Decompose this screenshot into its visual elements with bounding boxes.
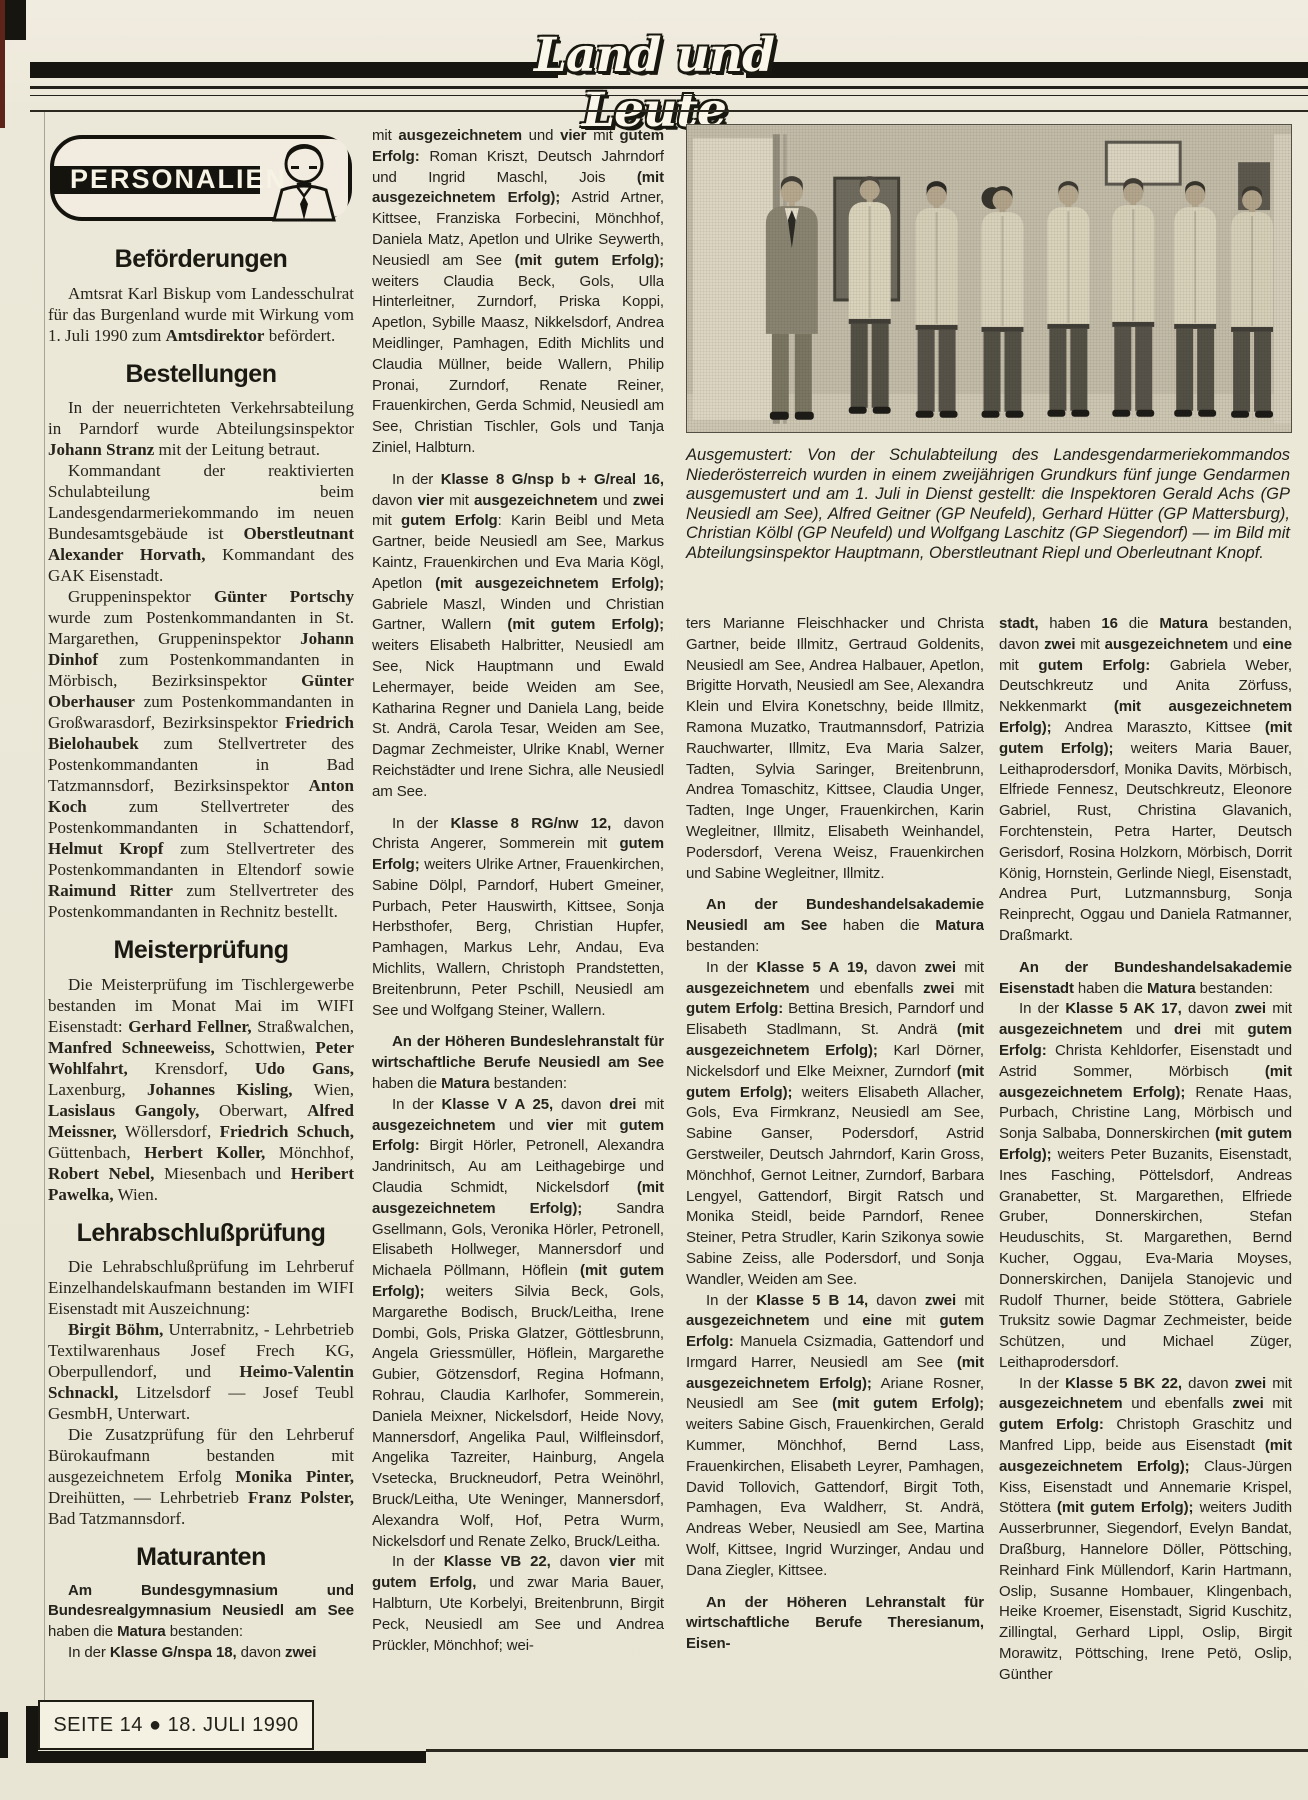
column-4: stadt, haben 16 die Matura bestanden, da… <box>999 614 1292 1746</box>
paragraph: Birgit Böhm, Unterrabnitz, - Lehrbetrieb… <box>48 1319 354 1424</box>
paragraph: stadt, haben 16 die Matura bestanden, da… <box>999 614 1292 947</box>
footer-box: SEITE 14 ● 18. JULI 1990 <box>38 1700 314 1750</box>
paragraph: In der Klasse 5 B 14, davon zwei mit aus… <box>686 1291 984 1582</box>
paragraph: In der Klasse 5 AK 17, davon zwei mit au… <box>999 999 1292 1373</box>
personalien-label: PERSONALIEN <box>70 164 287 194</box>
newspaper-page: Land und Leute PER <box>0 0 1308 1800</box>
column-1: PERSONALIEN BeförderungenAmtsrat Karl Bi… <box>48 126 354 1698</box>
paragraph: ters Marianne Fleischhacker und Christa … <box>686 614 984 884</box>
paragraph: mit ausgezeichnetem und vier mit gutem E… <box>372 126 664 459</box>
page-title: Land und Leute <box>474 28 834 138</box>
section-heading: Meisterprüfung <box>48 937 354 965</box>
paragraph: In der Klasse 5 A 19, davon zwei mit aus… <box>686 958 984 1291</box>
column-1-text: BeförderungenAmtsrat Karl Biskup vom Lan… <box>48 246 354 1664</box>
paragraph: In der neuerrichteten Verkehrsabteilung … <box>48 397 354 460</box>
column-3: ters Marianne Fleischhacker und Christa … <box>686 614 984 1746</box>
footer-shadow-left <box>26 1706 38 1756</box>
paragraph: Gruppeninspektor Günter Portschy wurde z… <box>48 586 354 922</box>
scan-edge-artifact <box>0 0 5 128</box>
paragraph: In der Klasse 8 RG/nw 12, davon Christa … <box>372 814 664 1022</box>
section-heading: Beförderungen <box>48 246 354 274</box>
paragraph: In der Klasse V A 25, davon drei mit aus… <box>372 1095 664 1553</box>
paragraph: Die Lehrabschlußprüfung im Lehrberuf Ein… <box>48 1256 354 1319</box>
paragraph: In der Klasse VB 22, davon vier mit gute… <box>372 1552 664 1656</box>
personalien-logo: PERSONALIEN <box>48 130 354 226</box>
paragraph: An der Höheren Lehranstalt für wirtschaf… <box>686 1593 984 1655</box>
paragraph: An der Bundeshandelsakademie Neusiedl am… <box>686 895 984 957</box>
content-left-rule <box>44 112 45 1712</box>
paragraph: In der Klasse G/nspa 18, davon zwei <box>48 1643 354 1664</box>
page-number-date: SEITE 14 ● 18. JULI 1990 <box>53 1714 298 1737</box>
footer-bottom-rule <box>426 1749 1308 1752</box>
section-heading: Lehrabschlußprüfung <box>48 1220 354 1248</box>
section-heading: Maturanten <box>48 1544 354 1572</box>
column-2: mit ausgezeichnetem und vier mit gutem E… <box>372 126 664 1742</box>
paragraph: An der Höheren Bundeslehranstalt für wir… <box>372 1032 664 1094</box>
photo-caption: Ausgemustert: Von der Schulabteilung des… <box>686 446 1290 598</box>
paragraph: In der Klasse 8 G/nsp b + G/real 16, dav… <box>372 470 664 803</box>
footer-black-bar <box>26 1751 426 1763</box>
content-top-rule <box>30 110 1308 112</box>
paragraph: Die Meisterprüfung im Tischlergewerbe be… <box>48 974 354 1205</box>
masthead-double-rule <box>30 86 1308 96</box>
paragraph: In der Klasse 5 BK 22, davon zwei mit au… <box>999 1374 1292 1686</box>
paragraph: Am Bundesgymnasium und Bundesrealgymnasi… <box>48 1581 354 1643</box>
paragraph: Die Zusatzprüfung für den Lehrberuf Büro… <box>48 1424 354 1529</box>
paragraph: Kommandant der reaktivierten Schulabteil… <box>48 460 354 586</box>
section-heading: Bestellungen <box>48 361 354 389</box>
paragraph: An der Bundeshandelsakademie Eisenstadt … <box>999 958 1292 1000</box>
photo-gendarmes <box>686 124 1292 433</box>
scan-mark-bottom-left <box>0 1712 8 1758</box>
halftone-overlay <box>687 125 1291 432</box>
paragraph: Amtsrat Karl Biskup vom Landesschulrat f… <box>48 283 354 346</box>
personalien-box: PERSONALIEN <box>48 130 354 231</box>
